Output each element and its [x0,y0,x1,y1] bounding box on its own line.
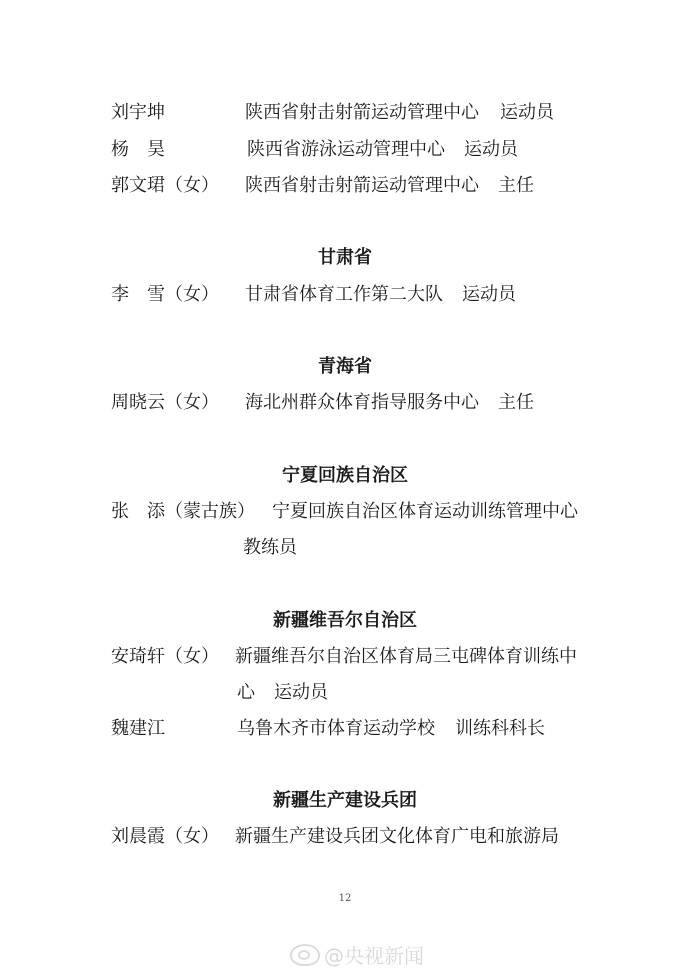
section-heading: 甘肃省 [0,247,690,269]
organization: 陕西省游泳运动管理中心 [247,139,445,161]
organization: 乌鲁木齐市体育运动学校 [237,718,435,740]
person-name: 刘宇坤 [111,102,165,124]
job-title: 运动员 [500,102,554,124]
organization: 新疆维吾尔自治区体育局三屯碑体育训练中 [235,646,577,668]
section-heading: 新疆生产建设兵团 [0,790,690,812]
person-name: 刘晨霞（女） [111,826,219,848]
job-title: 运动员 [274,682,328,704]
section-heading: 青海省 [0,356,690,378]
job-title: 运动员 [462,284,516,306]
person-name: 郭文珺（女） [111,175,219,197]
organization: 海北州群众体育指导服务中心 [245,392,479,414]
person-name: 杨 昊 [111,139,165,161]
section-heading: 宁夏回族自治区 [0,465,690,487]
organization: 陕西省射击射箭运动管理中心 [245,102,479,124]
job-title: 教练员 [243,537,297,559]
job-title: 主任 [498,175,534,197]
person-name: 魏建江 [111,718,165,740]
weibo-icon [290,944,320,966]
job-title: 主任 [498,392,534,414]
person-name: 张 添（蒙古族） [111,501,255,523]
section-heading: 新疆维吾尔自治区 [0,610,690,632]
watermark-text: @央视新闻 [324,940,424,969]
job-title: 运动员 [464,139,518,161]
person-name: 李 雪（女） [111,284,219,306]
page-number: 12 [0,893,690,904]
organization: 宁夏回族自治区体育运动训练管理中心 [272,501,578,523]
job-title: 训练科科长 [455,718,545,740]
organization: 陕西省射击射箭运动管理中心 [245,175,479,197]
person-name: 安琦轩（女） [111,646,219,668]
watermark: @央视新闻 [290,940,424,969]
organization: 新疆生产建设兵团文化体育广电和旅游局 [235,826,559,848]
organization-continued: 心 [237,682,255,704]
organization: 甘肃省体育工作第二大队 [245,284,443,306]
person-name: 周晓云（女） [111,392,219,414]
